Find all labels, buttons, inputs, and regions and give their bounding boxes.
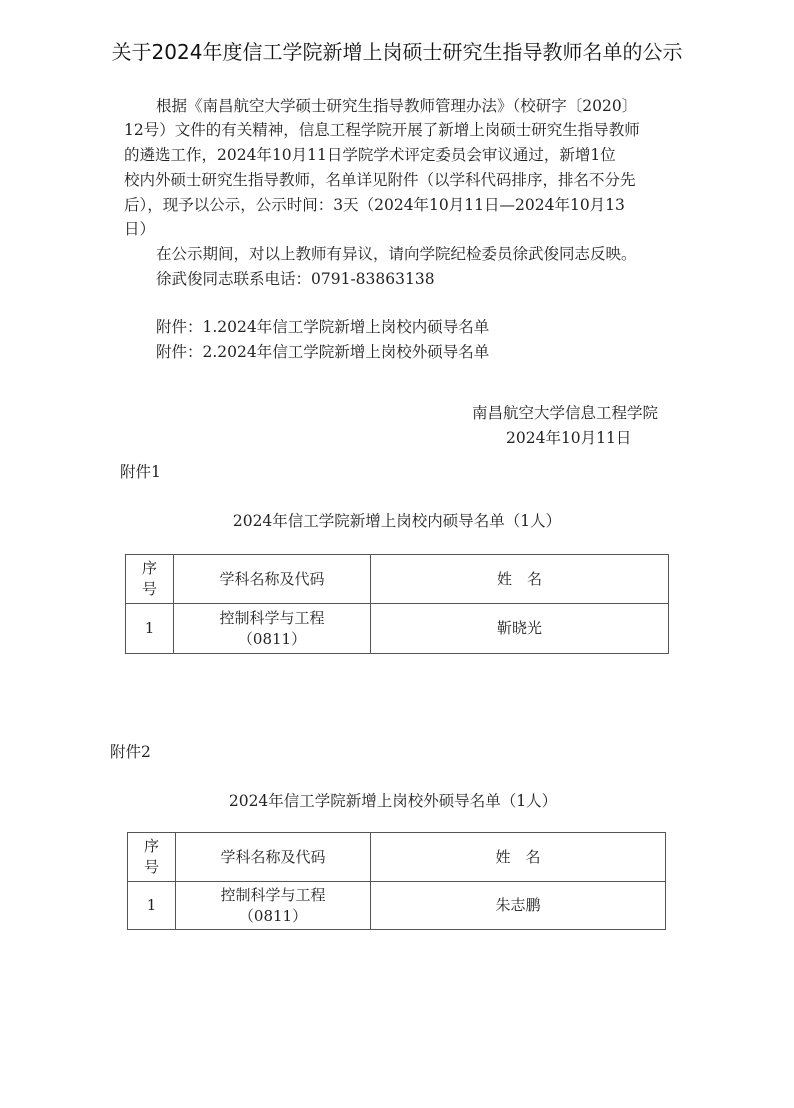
- body-line-5: 后），现予以公示，公示时间：3天（2024年10月11日—2024年10月13: [124, 194, 625, 217]
- header-seq-line2: 号: [126, 579, 173, 600]
- attachment2-caption: 2024年信工学院新增上岗校外硕导名单（1人）: [0, 790, 786, 813]
- table-row: 1 控制科学与工程 （0811） 朱志鹏: [128, 882, 666, 930]
- header-seq-line2: 号: [128, 857, 175, 878]
- header-seq: 序 号: [126, 555, 174, 604]
- table-row: 1 控制科学与工程 （0811） 靳晓光: [126, 604, 669, 654]
- header-subject: 学科名称及代码: [174, 555, 371, 604]
- objection-line: 在公示期间，对以上教师有异议，请向学院纪检委员徐武俊同志反映。: [156, 243, 637, 266]
- body-line-6: 日）: [124, 218, 155, 241]
- header-seq-line1: 序: [126, 558, 173, 579]
- cell-seq: 1: [128, 882, 176, 930]
- contact-line: 徐武俊同志联系电话：0791-83863138: [156, 268, 435, 291]
- signature-date: 2024年10月11日: [506, 427, 631, 450]
- attachment-ref-2: 附件：2.2024年信工学院新增上岗校外硕导名单: [156, 341, 489, 364]
- header-name: 姓 名: [371, 833, 666, 882]
- table-header-row: 序 号 学科名称及代码 姓 名: [128, 833, 666, 882]
- attachment1-caption: 2024年信工学院新增上岗校内硕导名单（1人）: [0, 510, 794, 533]
- body-line-2: 12号）文件的有关精神，信息工程学院开展了新增上岗硕士研究生指导教师: [124, 119, 640, 142]
- attachment1-table: 序 号 学科名称及代码 姓 名 1 控制科学与工程 （0811） 靳晓光: [125, 554, 669, 654]
- cell-subject: 控制科学与工程 （0811）: [174, 604, 371, 654]
- document-title: 关于2024年度信工学院新增上岗硕士研究生指导教师名单的公示: [0, 36, 794, 65]
- signature-org: 南昌航空大学信息工程学院: [472, 402, 658, 425]
- header-name: 姓 名: [371, 555, 669, 604]
- table-header-row: 序 号 学科名称及代码 姓 名: [126, 555, 669, 604]
- header-subject: 学科名称及代码: [176, 833, 371, 882]
- cell-name: 朱志鹏: [371, 882, 666, 930]
- attachment1-label: 附件1: [120, 461, 161, 484]
- cell-subject-name: 控制科学与工程: [174, 608, 370, 629]
- cell-subject-code: （0811）: [174, 629, 370, 650]
- cell-subject-code: （0811）: [176, 906, 370, 927]
- header-seq-line1: 序: [128, 836, 175, 857]
- body-line-3: 的遴选工作，2024年10月11日学院学术评定委员会审议通过，新增1位: [124, 144, 616, 167]
- attachment2-table: 序 号 学科名称及代码 姓 名 1 控制科学与工程 （0811） 朱志鹏: [127, 832, 666, 930]
- cell-subject: 控制科学与工程 （0811）: [176, 882, 371, 930]
- header-seq: 序 号: [128, 833, 176, 882]
- cell-name: 靳晓光: [371, 604, 669, 654]
- attachment-ref-1: 附件：1.2024年信工学院新增上岗校内硕导名单: [156, 316, 489, 339]
- attachment2-label: 附件2: [110, 741, 151, 764]
- cell-seq: 1: [126, 604, 174, 654]
- body-line-1: 根据《南昌航空大学硕士研究生指导教师管理办法》（校研字〔2020〕: [156, 95, 637, 118]
- cell-subject-name: 控制科学与工程: [176, 885, 370, 906]
- body-line-4: 校内外硕士研究生指导教师，名单详见附件（以学科代码排序，排名不分先: [124, 169, 636, 192]
